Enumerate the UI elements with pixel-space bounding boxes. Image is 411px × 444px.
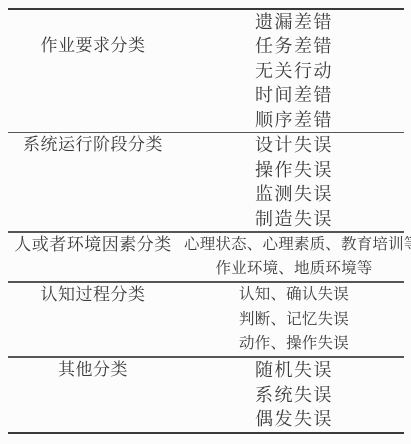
items-cell: 认知、确认失误判断、记忆失误动作、操作失误 bbox=[178, 283, 404, 356]
table-row: 设计失误 bbox=[184, 133, 404, 157]
table-row: 动作、操作失误 bbox=[184, 332, 404, 356]
table-section: 人或者环境因素分类心理状态、心理素质、教育培训等作业环境、地质环境等 bbox=[8, 233, 404, 282]
table-row: 无关行动 bbox=[184, 59, 404, 83]
category-cell: 其他分类 bbox=[8, 358, 178, 382]
table-bottom-rule bbox=[8, 432, 404, 435]
table-body: 作业要求分类遗漏差错任务差错无关行动时间差错顺序差错系统运行阶段分类设计失误操作… bbox=[8, 10, 404, 432]
category-label: 其他分类 bbox=[8, 358, 178, 382]
items-cell: 随机失误系统失误偶发失误 bbox=[178, 358, 404, 431]
table-row: 任务差错 bbox=[184, 34, 404, 58]
table-row: 操作失误 bbox=[184, 158, 404, 182]
table-row: 系统失误 bbox=[184, 383, 404, 407]
items-cell: 心理状态、心理素质、教育培训等作业环境、地质环境等 bbox=[178, 233, 404, 282]
table-row: 心理状态、心理素质、教育培训等 bbox=[184, 233, 404, 257]
category-label: 认知过程分类 bbox=[8, 283, 178, 307]
paper-table-scan: 作业要求分类遗漏差错任务差错无关行动时间差错顺序差错系统运行阶段分类设计失误操作… bbox=[0, 0, 411, 434]
category-cell: 作业要求分类 bbox=[8, 10, 178, 59]
table-row: 随机失误 bbox=[184, 358, 404, 382]
table-row: 顺序差错 bbox=[184, 108, 404, 132]
category-cell: 系统运行阶段分类 bbox=[8, 133, 178, 157]
category-label: 作业要求分类 bbox=[8, 34, 178, 58]
table-row: 时间差错 bbox=[184, 83, 404, 107]
table-row: 作业环境、地质环境等 bbox=[184, 257, 404, 281]
table-row: 判断、记忆失误 bbox=[184, 308, 404, 332]
table-row: 偶发失误 bbox=[184, 407, 404, 431]
category-cell: 人或者环境因素分类 bbox=[8, 233, 178, 257]
category-label: 系统运行阶段分类 bbox=[8, 133, 178, 157]
table-section: 认知过程分类认知、确认失误判断、记忆失误动作、操作失误 bbox=[8, 283, 404, 356]
table-section: 作业要求分类遗漏差错任务差错无关行动时间差错顺序差错 bbox=[8, 10, 404, 132]
category-label: 人或者环境因素分类 bbox=[8, 233, 178, 257]
table-row: 监测失误 bbox=[184, 182, 404, 206]
items-cell: 遗漏差错任务差错无关行动时间差错顺序差错 bbox=[178, 10, 404, 132]
table-row: 制造失误 bbox=[184, 207, 404, 231]
table-section: 其他分类随机失误系统失误偶发失误 bbox=[8, 358, 404, 431]
table-row: 认知、确认失误 bbox=[184, 283, 404, 307]
table-section: 系统运行阶段分类设计失误操作失误监测失误制造失误 bbox=[8, 133, 404, 231]
page: { "page": { "background": "#fcfcfc" }, "… bbox=[0, 0, 411, 444]
items-cell: 设计失误操作失误监测失误制造失误 bbox=[178, 133, 404, 231]
table-row: 遗漏差错 bbox=[184, 10, 404, 34]
category-cell: 认知过程分类 bbox=[8, 283, 178, 307]
